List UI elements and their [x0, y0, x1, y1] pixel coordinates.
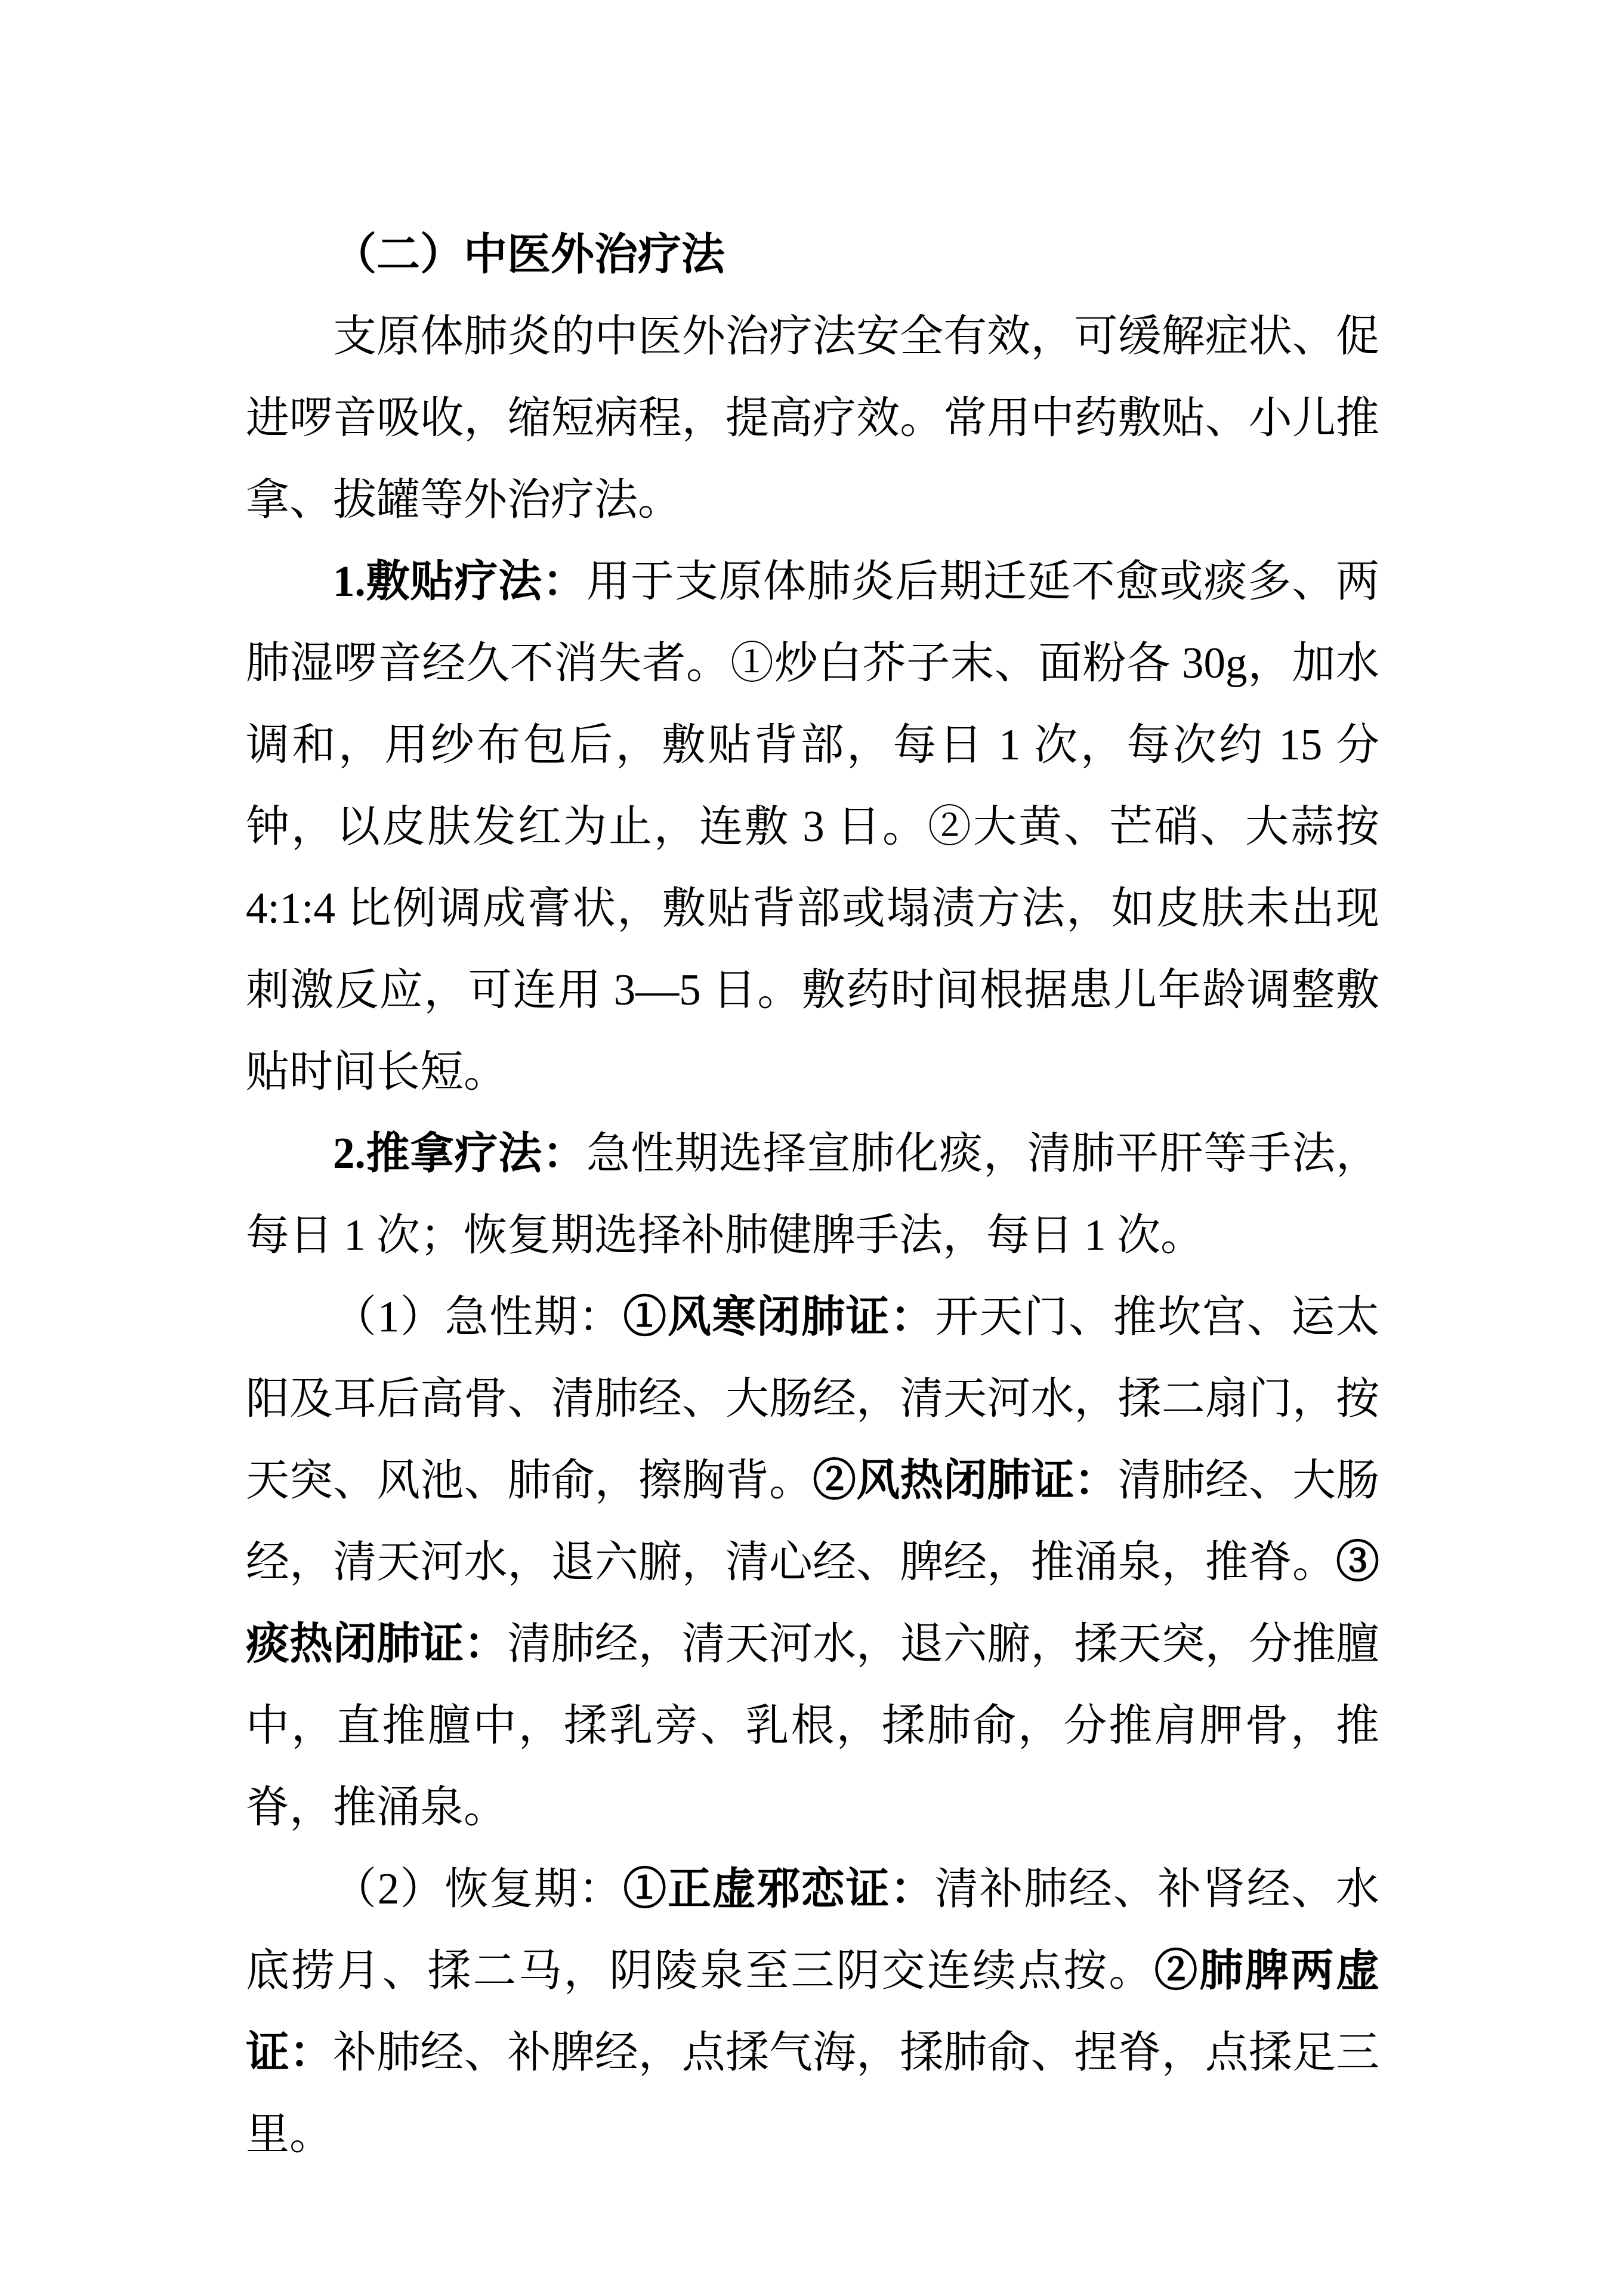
acute-syndrome1-label: ①风寒闭肺证： — [623, 1293, 935, 1341]
recovery-phase-prefix: （2）恢复期： — [333, 1865, 623, 1913]
tuina-therapy-paragraph: 2.推拿疗法：急性期选择宣肺化痰，清肺平肝等手法，每日 1 次；恢复期选择补肺健… — [246, 1113, 1379, 1276]
tuina-therapy-label: 2.推拿疗法： — [333, 1129, 586, 1178]
section-heading: （二）中医外治疗法 — [246, 214, 1379, 295]
acute-phase-paragraph: （1）急性期：①风寒闭肺证：开天门、推坎宫、运太阳及耳后高骨、清肺经、大肠经，清… — [246, 1276, 1379, 1848]
paste-therapy-label: 1.敷贴疗法： — [333, 557, 586, 605]
paste-therapy-text: 用于支原体肺炎后期迁延不愈或痰多、两肺湿啰音经久不消失者。①炒白芥子末、面粉各 … — [246, 557, 1379, 1096]
paste-therapy-paragraph: 1.敷贴疗法：用于支原体肺炎后期迁延不愈或痰多、两肺湿啰音经久不消失者。①炒白芥… — [246, 540, 1379, 1113]
recovery-phase-paragraph: （2）恢复期：①正虚邪恋证：清补肺经、补肾经、水底捞月、揉二马，阴陵泉至三阴交连… — [246, 1848, 1379, 2175]
intro-text: 支原体肺炎的中医外治疗法安全有效，可缓解症状、促进啰音吸收，缩短病程，提高疗效。… — [246, 312, 1379, 524]
recovery-syndrome1-label: ①正虚邪恋证： — [623, 1865, 935, 1913]
intro-paragraph: 支原体肺炎的中医外治疗法安全有效，可缓解症状、促进啰音吸收，缩短病程，提高疗效。… — [246, 295, 1379, 540]
document-page: （二）中医外治疗法 支原体肺炎的中医外治疗法安全有效，可缓解症状、促进啰音吸收，… — [0, 0, 1624, 2296]
acute-syndrome2-label: ②风热闭肺证： — [813, 1456, 1118, 1504]
acute-phase-prefix: （1）急性期： — [333, 1293, 623, 1341]
recovery-syndrome2-text: 补肺经、补脾经，点揉气海，揉肺俞、捏脊，点揉足三里。 — [246, 2028, 1379, 2158]
